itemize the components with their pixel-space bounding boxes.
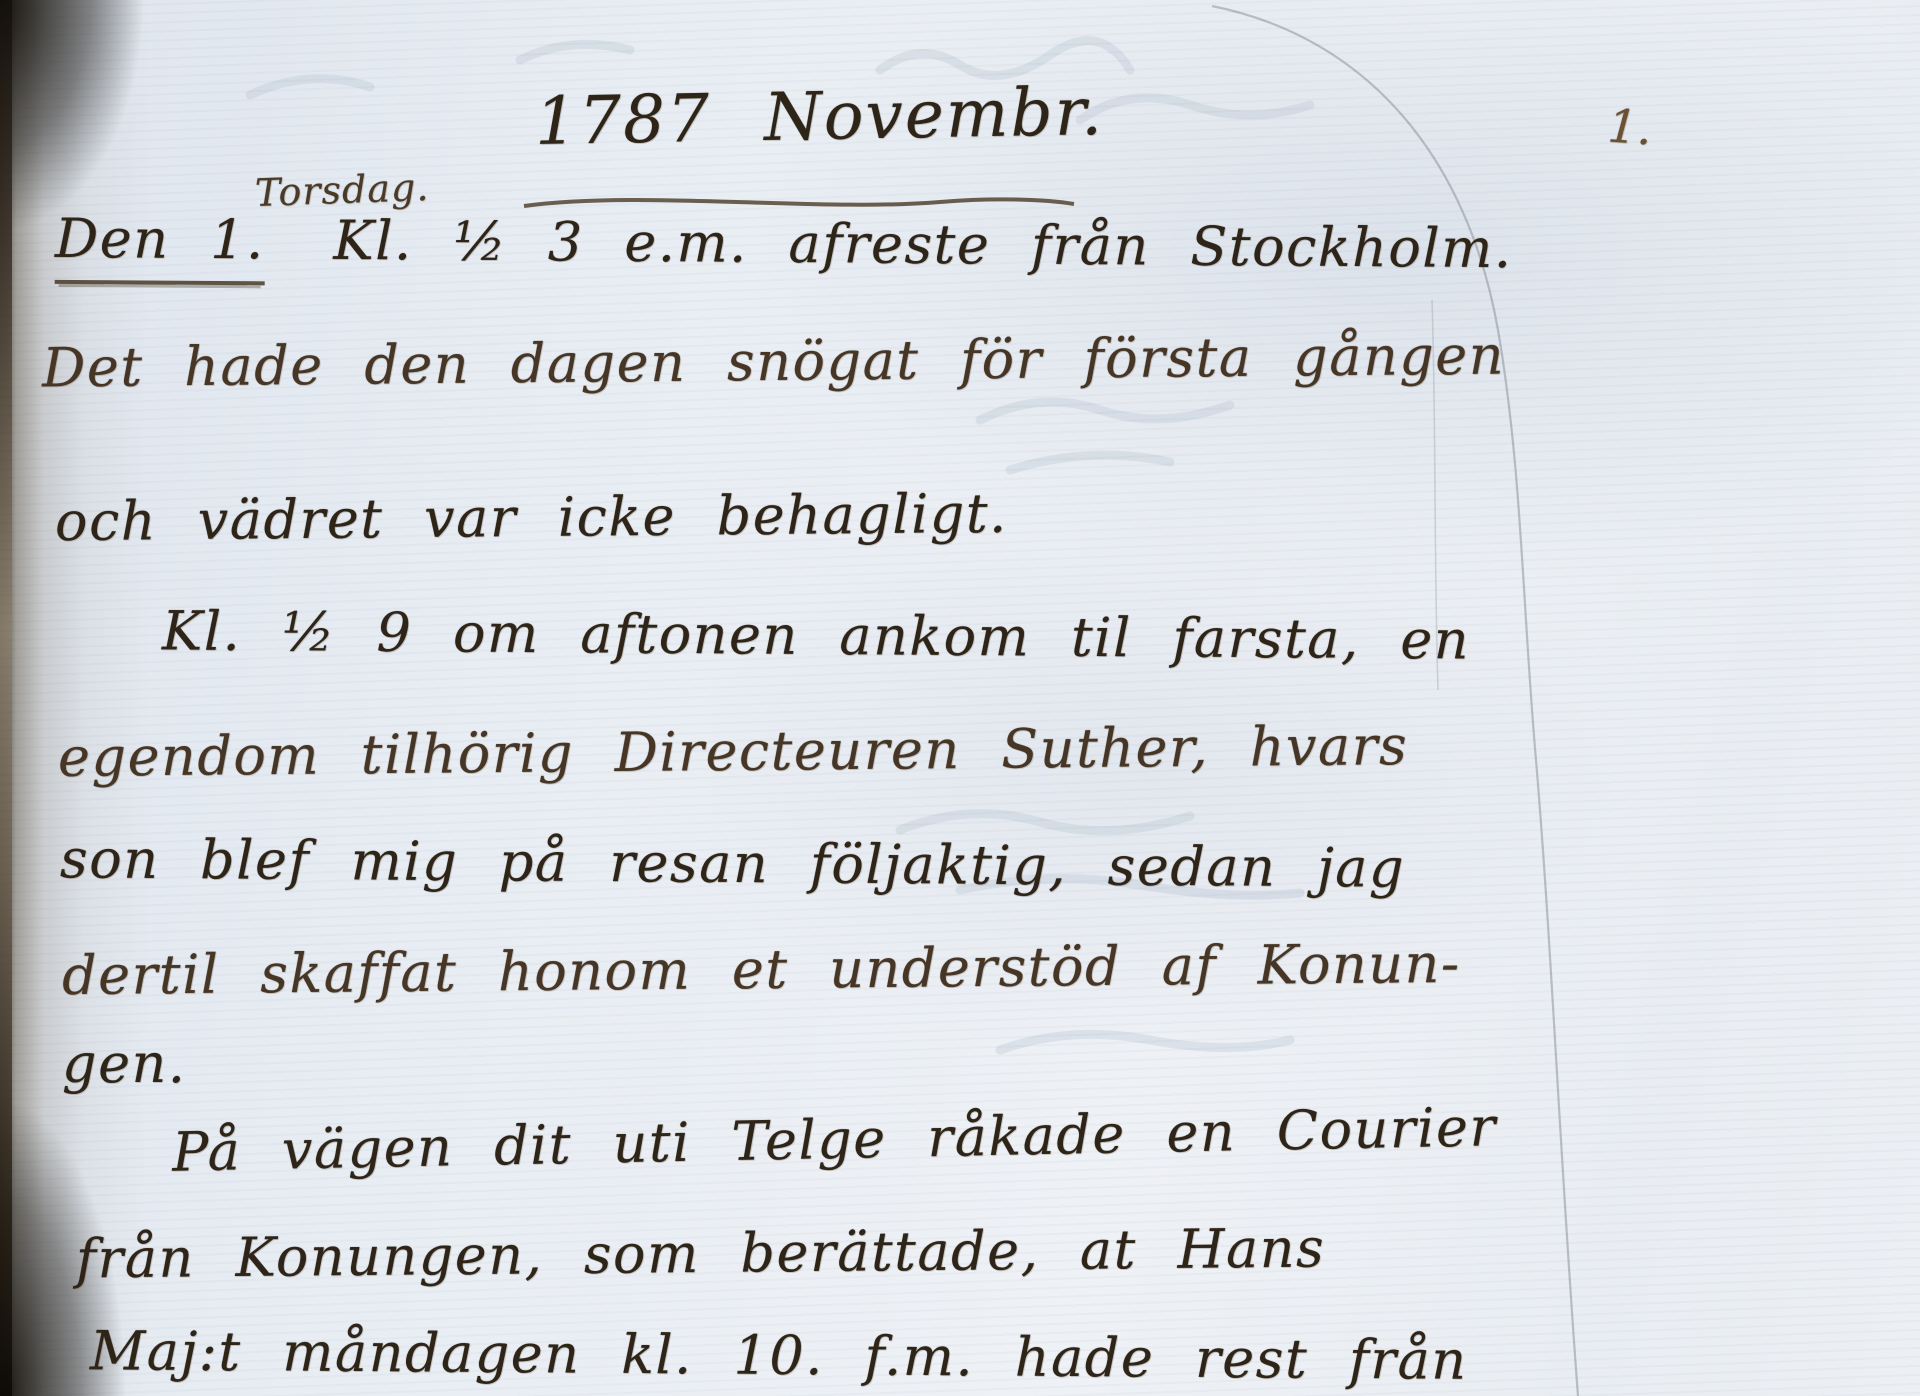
manuscript-line: son blef mig på resan följaktig, sedan j… bbox=[60, 827, 1405, 899]
date-lead: Den 1. bbox=[55, 207, 265, 285]
manuscript-line: och vädret var icke behagligt. bbox=[55, 482, 1008, 553]
manuscript-line: Det hade den dagen snögat för första gån… bbox=[42, 324, 1506, 400]
page-number: 1. bbox=[1606, 99, 1654, 156]
manuscript-line: egendom tilhörig Directeuren Suther, hva… bbox=[58, 714, 1409, 789]
header-date: 1787 Novembr. bbox=[534, 73, 1104, 160]
manuscript-line: Kl. ½ 9 om aftonen ankom til farsta, en bbox=[162, 599, 1470, 671]
manuscript-page: 1787 Novembr. 1. Torsdag. Den 1. Kl. ½ 3… bbox=[0, 0, 1920, 1396]
manuscript-line: Den 1. Kl. ½ 3 e.m. afreste från Stockho… bbox=[55, 207, 1513, 280]
line-text: Kl. ½ 3 e.m. afreste från Stockholm. bbox=[333, 209, 1513, 280]
manuscript-line: Maj:t måndagen kl. 10. f.m. hade rest fr… bbox=[90, 1319, 1468, 1392]
page-left-edge bbox=[0, 0, 12, 1396]
manuscript-line: På vägen dit uti Telge råkade en Courier bbox=[172, 1095, 1498, 1183]
manuscript-line: dertil skaffat honom et understöd af Kon… bbox=[62, 932, 1461, 1007]
manuscript-line: gen. bbox=[62, 1032, 186, 1095]
manuscript-line: från Konungen, som berättade, at Hans bbox=[76, 1217, 1326, 1291]
